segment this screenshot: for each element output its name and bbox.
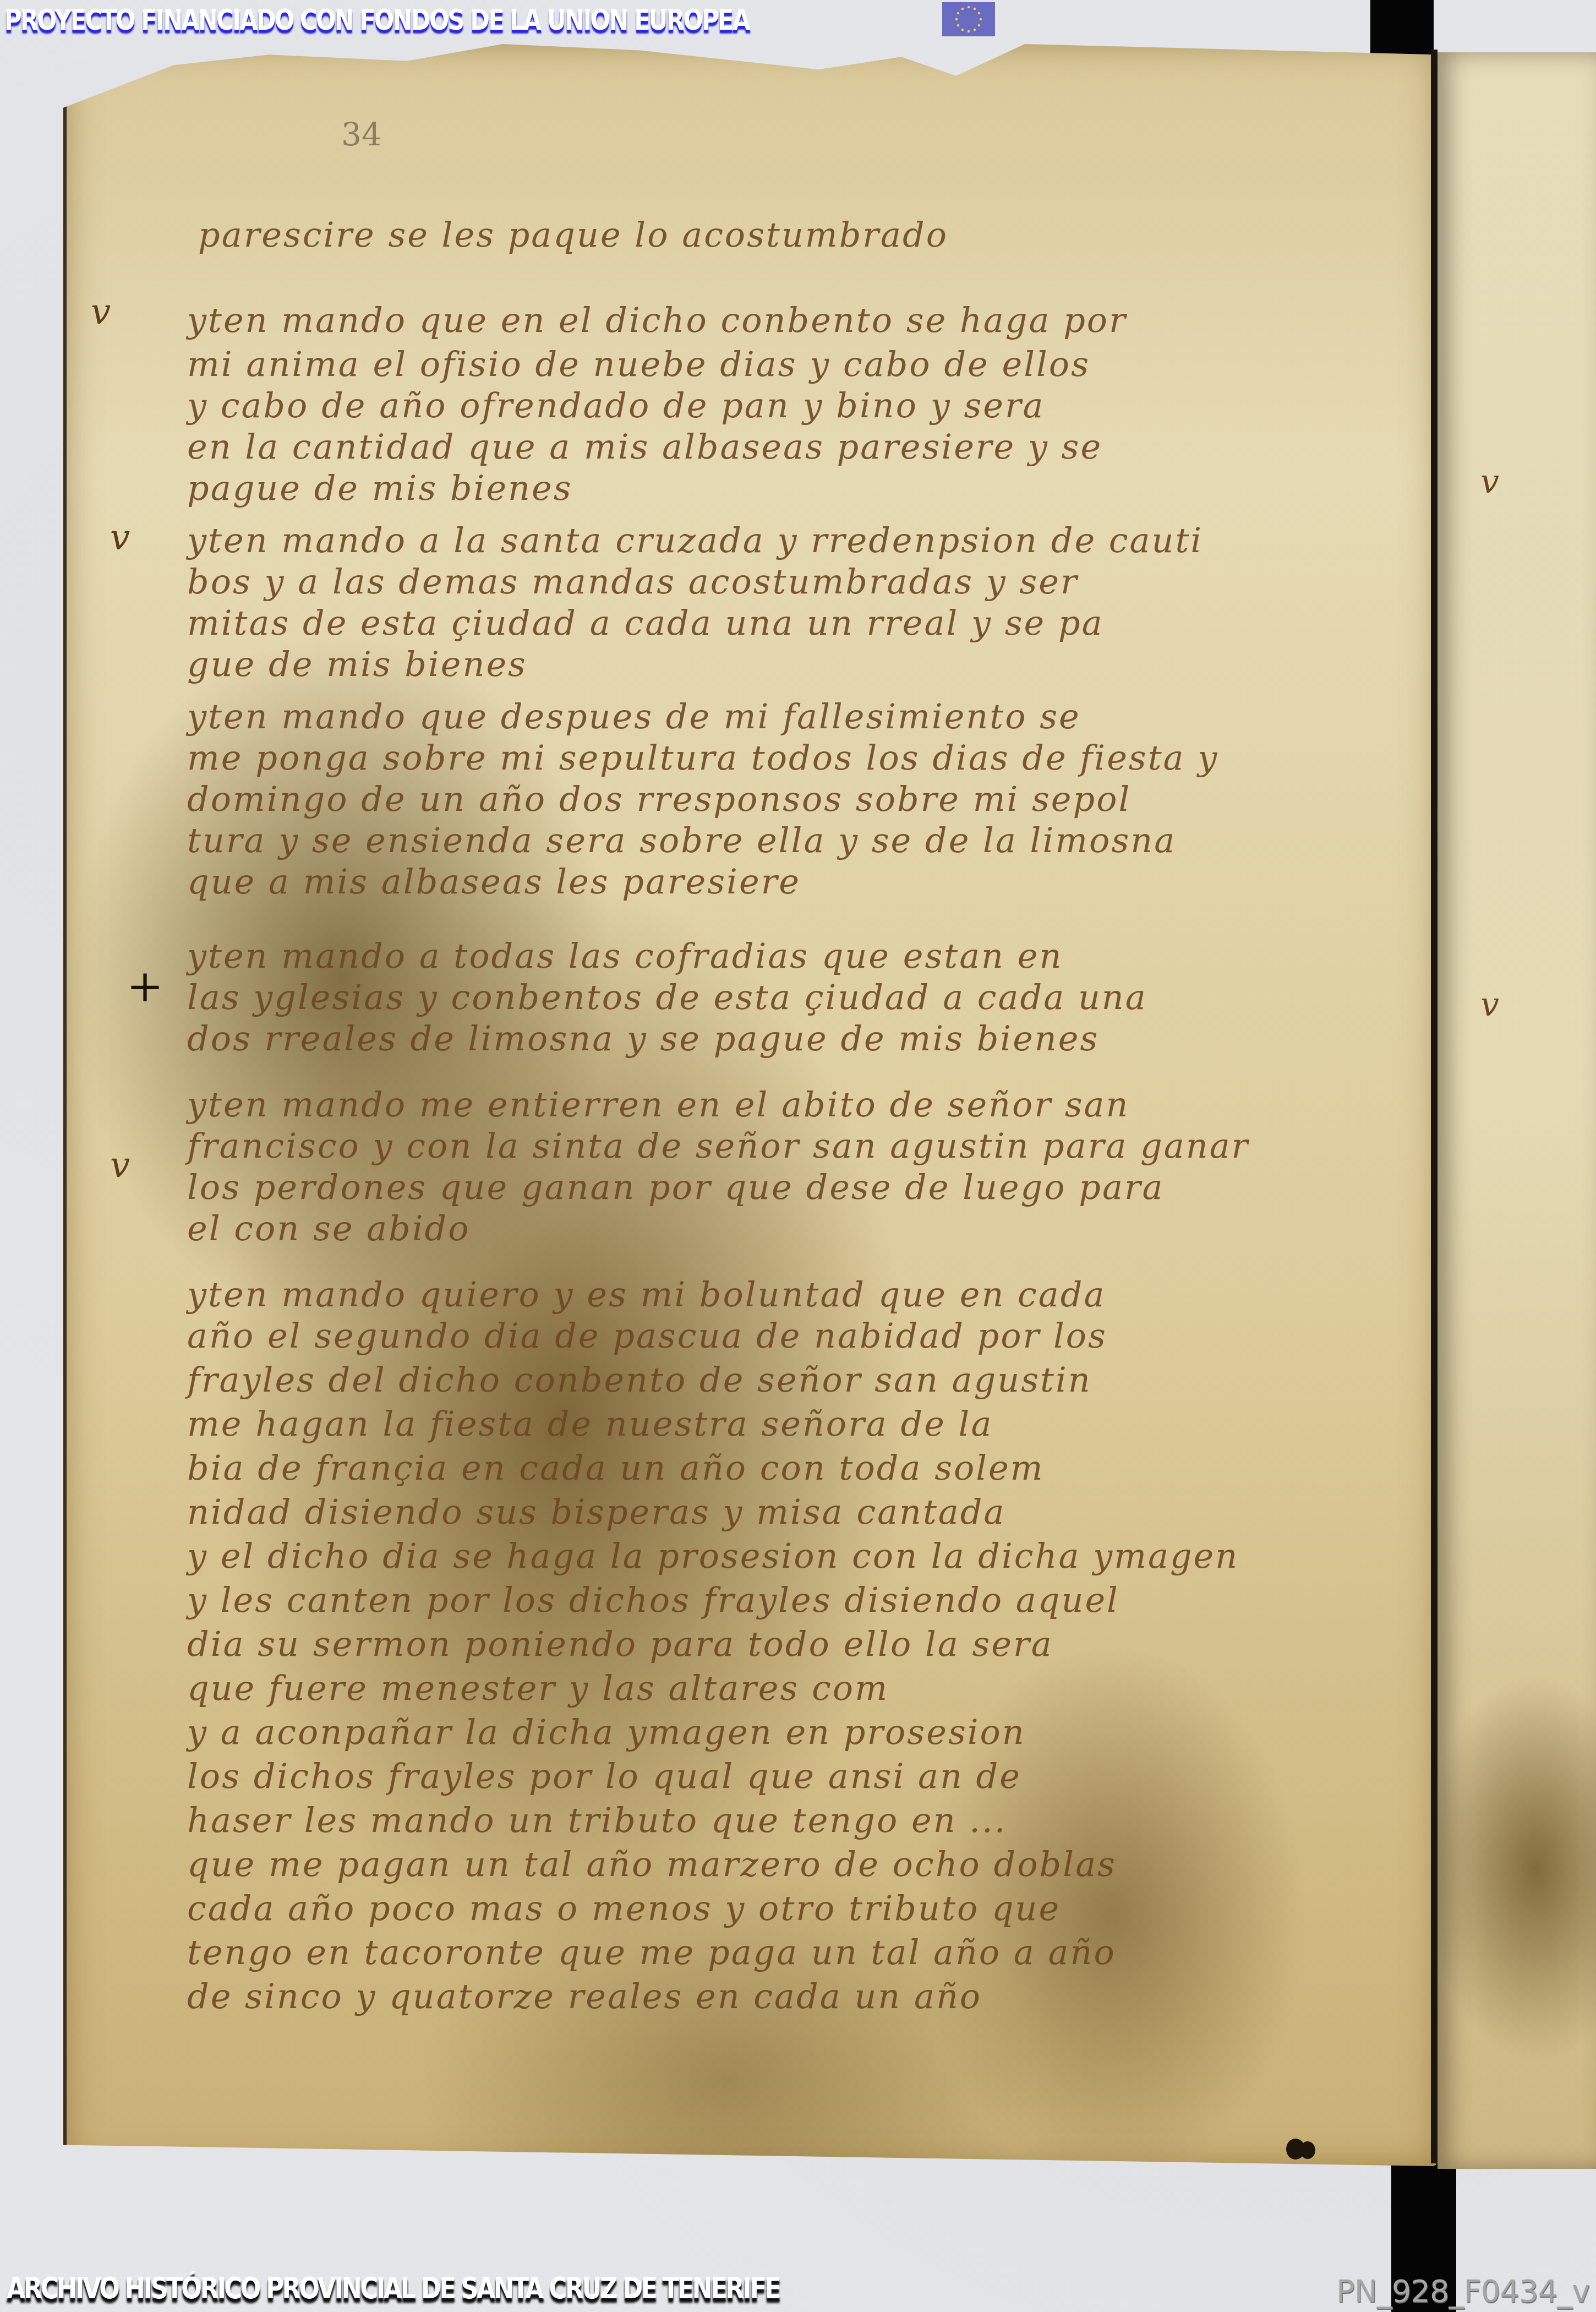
manuscript-line: parescire se les paque lo acostumbrado [198, 215, 948, 255]
manuscript-line: me ponga sobre mi sepultura todos los di… [187, 738, 1218, 778]
manuscript-line: que me pagan un tal año marzero de ocho … [187, 1844, 1117, 1884]
manuscript-line: francisco y con la sinta de señor san ag… [187, 1126, 1249, 1166]
manuscript-line: dia su sermon poniendo para todo ello la… [187, 1624, 1053, 1664]
manuscript-line: año el segundo dia de pascua de nabidad … [187, 1316, 1107, 1356]
binding-strip-top [1370, 0, 1434, 61]
ink-blot [1300, 2141, 1315, 2159]
manuscript-line: dos rreales de limosna y se pague de mis… [187, 1018, 1099, 1059]
margin-mark: v [1480, 985, 1499, 1024]
manuscript-line: de sinco y quatorze reales en cada un añ… [187, 1976, 982, 2016]
manuscript-line: yten mando me entierren en el abito de s… [187, 1084, 1129, 1125]
image-id: PN_928_F0434_v [1336, 2273, 1589, 2309]
manuscript-line: y a aconpañar la dicha ymagen en prosesi… [187, 1712, 1026, 1752]
manuscript-line: domingo de un año dos rresponsos sobre m… [187, 779, 1131, 819]
margin-mark: v [110, 517, 130, 558]
manuscript-line: yten mando que en el dicho conbento se h… [187, 300, 1127, 340]
manuscript-line: tengo en tacoronte que me paga un tal añ… [187, 1932, 1116, 1972]
manuscript-line: nidad disiendo sus bisperas y misa canta… [187, 1492, 1005, 1532]
manuscript-line: bos y a las demas mandas acostumbradas y… [187, 561, 1079, 602]
manuscript-line: tura y se ensienda sera sobre ella y se … [187, 820, 1176, 860]
margin-mark: v [1480, 462, 1499, 501]
manuscript-line: frayles del dicho conbento de señor san … [187, 1360, 1092, 1400]
folio-number: 34 [341, 116, 382, 153]
manuscript-line: en la cantidad que a mis albaseas paresi… [187, 427, 1102, 467]
manuscript-line: las yglesias y conbentos de esta çiudad … [187, 977, 1147, 1017]
page-gutter [1431, 50, 1438, 2163]
manuscript-line: mitas de esta çiudad a cada una un rreal… [187, 603, 1104, 643]
archive-name: ARCHIVO HISTÓRICO PROVINCIAL DE SANTA CR… [7, 2271, 779, 2305]
manuscript-line: pague de mis bienes [187, 468, 573, 508]
margin-mark: v [110, 1145, 130, 1186]
manuscript-line: y les canten por los dichos frayles disi… [187, 1580, 1119, 1620]
margin-mark: v [91, 292, 111, 332]
manuscript-line: bia de françia en cada un año con toda s… [187, 1448, 1045, 1488]
manuscript-line: yten mando quiero y es mi boluntad que e… [187, 1274, 1106, 1315]
manuscript-line: mi anima el ofisio de nuebe dias y cabo … [187, 344, 1090, 384]
manuscript-line: yten mando a la santa cruzada y rredenps… [187, 520, 1203, 560]
manuscript-line: me hagan la fiesta de nuestra señora de … [187, 1404, 993, 1444]
manuscript-line: cada año poco mas o menos y otro tributo… [187, 1888, 1061, 1928]
manuscript-line: los perdones que ganan por que dese de l… [187, 1167, 1165, 1207]
manuscript-line: los dichos frayles por lo qual que ansi … [187, 1756, 1021, 1796]
manuscript-line: que a mis albaseas les paresiere [187, 861, 801, 902]
manuscript-line: que fuere menester y las altares com [187, 1668, 889, 1708]
manuscript-line: el con se abido [187, 1208, 471, 1248]
funding-notice: PROYECTO FINANCIADO CON FONDOS DE LA UNI… [4, 4, 862, 37]
funding-banner: PROYECTO FINANCIADO CON FONDOS DE LA UNI… [4, 1, 1050, 40]
eu-flag-icon [942, 2, 995, 36]
manuscript-line: yten mando que despues de mi fallesimien… [187, 696, 1081, 737]
cross-mark: + [127, 961, 163, 1012]
manuscript-line: haser les mando un tributo que tengo en … [187, 1800, 1007, 1840]
manuscript-line: gue de mis bienes [187, 644, 527, 684]
manuscript-line: yten mando a todas las cofradias que est… [187, 936, 1063, 976]
manuscript-page-recto-edge [1438, 52, 1596, 2169]
manuscript-line: y el dicho dia se haga la prosesion con … [187, 1536, 1239, 1576]
manuscript-line: y cabo de año ofrendado de pan y bino y … [187, 385, 1045, 426]
